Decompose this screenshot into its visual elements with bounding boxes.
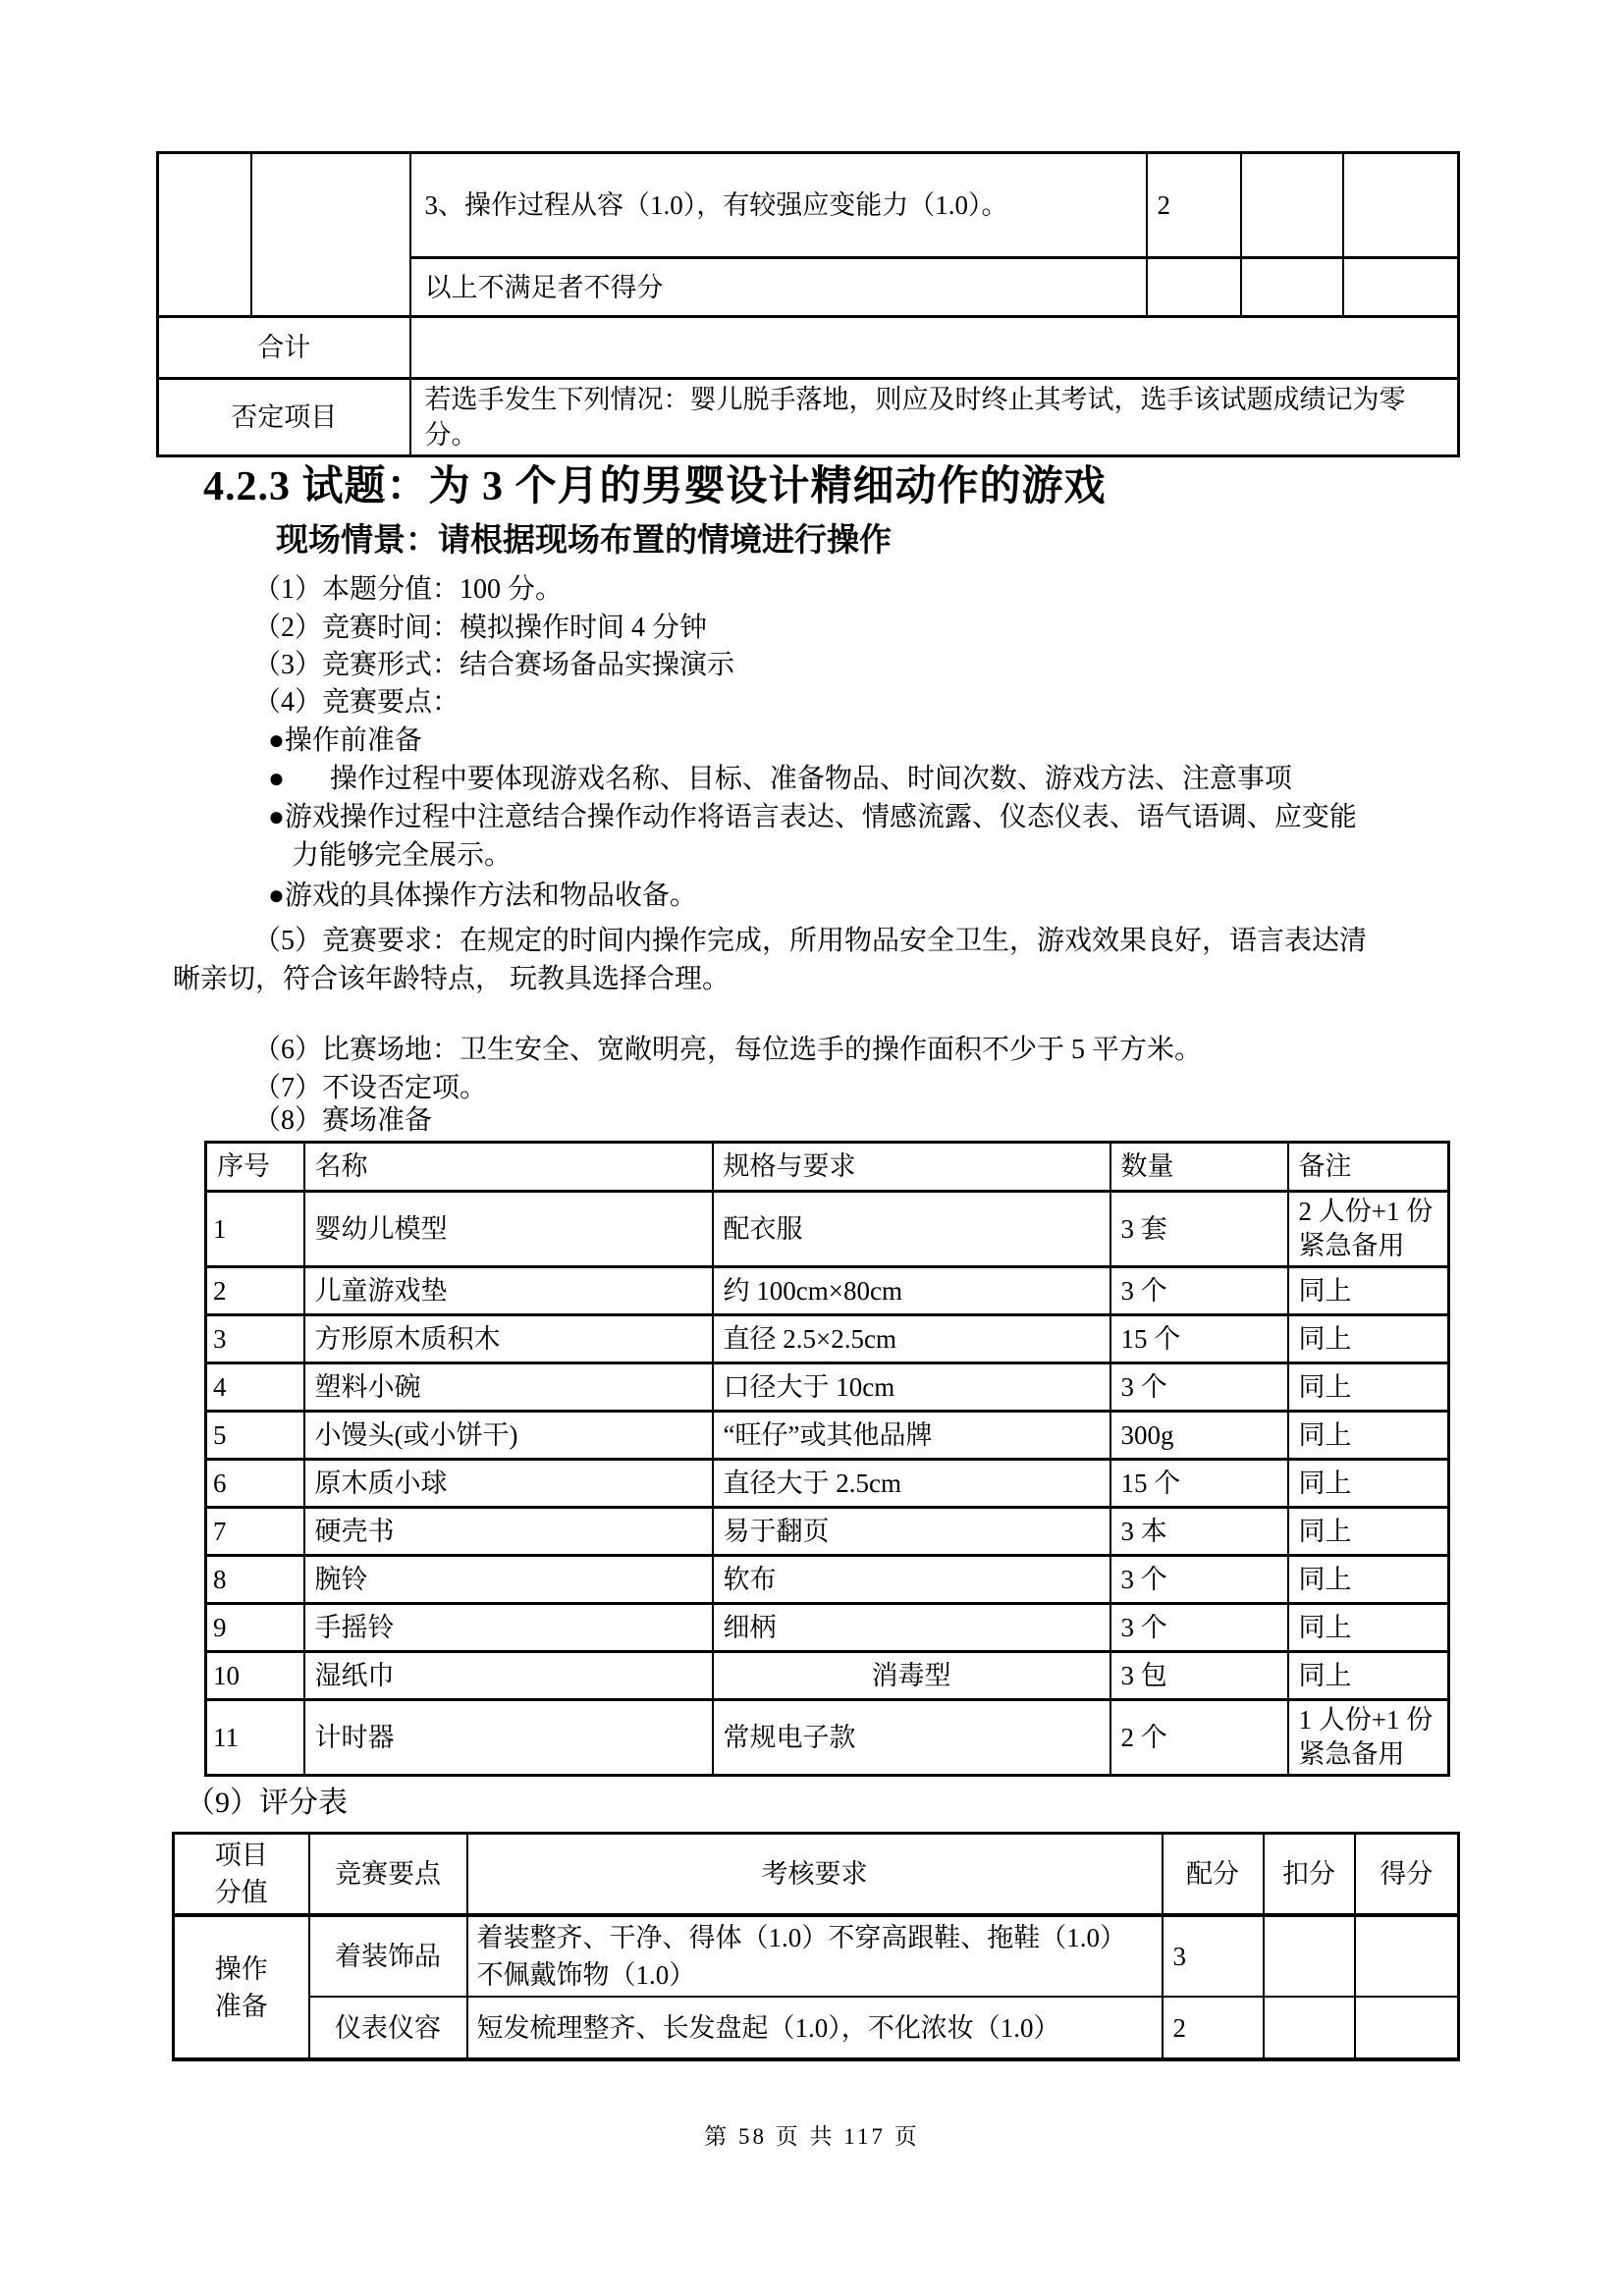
equipment-row: 4 塑料小碗 口径大于 10cm 3 个 同上 bbox=[206, 1363, 1449, 1412]
score-value-cell: 3 bbox=[1163, 1915, 1264, 1997]
col-header-group-label: 项目分值 bbox=[212, 1837, 271, 1911]
cell-spec: 细柄 bbox=[713, 1604, 1110, 1652]
point-cell: 着装饰品 bbox=[309, 1915, 467, 1997]
cell-no: 10 bbox=[206, 1652, 304, 1700]
equipment-row: 3 方形原木质积木 直径 2.5×2.5cm 15 个 同上 bbox=[206, 1315, 1449, 1363]
cell-spec: 常规电子款 bbox=[713, 1700, 1110, 1776]
equipment-row: 11 计时器 常规电子款 2 个 1 人份+1 份紧急备用 bbox=[206, 1700, 1449, 1776]
cell-spec: “旺仔”或其他品牌 bbox=[713, 1412, 1110, 1460]
col-header-requirement: 考核要求 bbox=[467, 1834, 1163, 1916]
deduct-cell bbox=[1264, 1997, 1355, 2059]
scoring-table: 项目分值 竞赛要点 考核要求 配分 扣分 得分 操作准备 着装饰品 着装整齐、干… bbox=[172, 1832, 1460, 2061]
cell-note: 同上 bbox=[1288, 1315, 1449, 1363]
cell-qty: 3 个 bbox=[1110, 1604, 1288, 1652]
cell-qty: 300g bbox=[1110, 1412, 1288, 1460]
cell-name: 儿童游戏垫 bbox=[304, 1267, 713, 1315]
cell-name: 塑料小碗 bbox=[304, 1363, 713, 1412]
equipment-row: 1 婴幼儿模型 配衣服 3 套 2 人份+1 份紧急备用 bbox=[206, 1192, 1449, 1267]
group-cell: 操作准备 bbox=[174, 1915, 309, 2059]
cell-note: 同上 bbox=[1288, 1363, 1449, 1412]
gain-cell bbox=[1343, 153, 1459, 258]
cell-name: 腕铃 bbox=[304, 1556, 713, 1604]
cell-spec: 消毒型 bbox=[713, 1652, 1110, 1700]
cell-name: 计时器 bbox=[304, 1700, 713, 1776]
cell-spec: 约 100cm×80cm bbox=[713, 1267, 1110, 1315]
bullet-text: 游戏的具体操作方法和物品收备。 bbox=[285, 881, 697, 911]
scoring-header-row: 项目分值 竞赛要点 考核要求 配分 扣分 得分 bbox=[174, 1834, 1459, 1916]
bullet-text: 游戏操作过程中注意结合操作动作将语言表达、情感流露、仪态仪表、语气语调、应变能 bbox=[285, 802, 1357, 832]
document-page: 3、操作过程从容（1.0），有较强应变能力（1.0）。 2 以上不满足者不得分 … bbox=[0, 0, 1624, 2296]
cell-no: 11 bbox=[206, 1700, 304, 1776]
scoring-row: 操作准备 着装饰品 着装整齐、干净、得体（1.0）不穿高跟鞋、拖鞋（1.0）不佩… bbox=[174, 1915, 1459, 1997]
equipment-row: 2 儿童游戏垫 约 100cm×80cm 3 个 同上 bbox=[206, 1267, 1449, 1315]
item-8: （8）赛场准备 bbox=[253, 1103, 432, 1139]
total-label: 合计 bbox=[158, 317, 410, 379]
cell-qty: 2 个 bbox=[1110, 1700, 1288, 1776]
bullet-icon: ● bbox=[268, 723, 285, 759]
veto-text-cell: 若选手发生下列情况：婴儿脱手落地，则应及时终止其考试，选手该试题成绩记为零分。 bbox=[410, 379, 1459, 456]
cell-name: 手摇铃 bbox=[304, 1604, 713, 1652]
gain-cell bbox=[1355, 1915, 1459, 1997]
page-number-footer: 第 58 页 共 117 页 bbox=[0, 2118, 1624, 2151]
col-header-qty: 数量 bbox=[1110, 1143, 1288, 1192]
score-table-continuation: 3、操作过程从容（1.0），有较强应变能力（1.0）。 2 以上不满足者不得分 … bbox=[156, 151, 1460, 457]
col-header-point: 竞赛要点 bbox=[309, 1834, 467, 1916]
equipment-row: 9 手摇铃 细柄 3 个 同上 bbox=[206, 1604, 1449, 1652]
col-header-no: 序号 bbox=[206, 1143, 304, 1192]
cell-spec: 软布 bbox=[713, 1556, 1110, 1604]
scene-subheading: 现场情景：请根据现场布置的情境进行操作 bbox=[276, 521, 892, 561]
total-value-cell bbox=[410, 317, 1459, 379]
col-header-gain: 得分 bbox=[1355, 1834, 1459, 1916]
col-header-name: 名称 bbox=[304, 1143, 713, 1192]
col-header-group: 项目分值 bbox=[174, 1834, 309, 1916]
cell-qty: 3 个 bbox=[1110, 1363, 1288, 1412]
requirement-cell: 3、操作过程从容（1.0），有较强应变能力（1.0）。 bbox=[410, 153, 1147, 258]
cell-name: 原木质小球 bbox=[304, 1460, 713, 1508]
score-value-cell bbox=[1147, 258, 1241, 317]
cell-no: 6 bbox=[206, 1460, 304, 1508]
equipment-row: 7 硬壳书 易于翻页 3 本 同上 bbox=[206, 1508, 1449, 1556]
cell-spec: 口径大于 10cm bbox=[713, 1363, 1110, 1412]
bullet-item-4: ●游戏的具体操作方法和物品收备。 bbox=[268, 879, 697, 914]
gain-cell bbox=[1343, 258, 1459, 317]
bullet-text: 操作前准备 bbox=[285, 725, 422, 756]
cell-note: 同上 bbox=[1288, 1508, 1449, 1556]
score-value-cell: 2 bbox=[1147, 153, 1241, 258]
scoring-heading: （9）评分表 bbox=[186, 1785, 348, 1822]
deduct-cell bbox=[1241, 258, 1343, 317]
item-6: （6）比赛场地：卫生安全、宽敞明亮，每位选手的操作面积不少于 5 平方米。 bbox=[253, 1033, 1202, 1068]
equipment-row: 6 原木质小球 直径大于 2.5cm 15 个 同上 bbox=[206, 1460, 1449, 1508]
requirement-cell: 以上不满足者不得分 bbox=[410, 258, 1147, 317]
item-1: （1）本题分值：100 分。 bbox=[253, 572, 563, 608]
cell-qty: 3 个 bbox=[1110, 1556, 1288, 1604]
item-5-cont: 晰亲切，符合该年龄特点， 玩教具选择合理。 bbox=[173, 962, 730, 997]
cell-note: 同上 bbox=[1288, 1460, 1449, 1508]
cell-note: 同上 bbox=[1288, 1267, 1449, 1315]
cell-qty: 3 包 bbox=[1110, 1652, 1288, 1700]
cell-note: 同上 bbox=[1288, 1556, 1449, 1604]
cell-name: 硬壳书 bbox=[304, 1508, 713, 1556]
item-3: （3）竞赛形式：结合赛场备品实操演示 bbox=[253, 648, 734, 683]
cell-no: 9 bbox=[206, 1604, 304, 1652]
requirement-cell: 短发梳理整齐、长发盘起（1.0），不化浓妆（1.0） bbox=[467, 1997, 1163, 2059]
bullet-item-3-cont: 力能够完全展示。 bbox=[292, 838, 512, 874]
cell-spec: 直径 2.5×2.5cm bbox=[713, 1315, 1110, 1363]
cell-qty: 15 个 bbox=[1110, 1315, 1288, 1363]
cell-name: 方形原木质积木 bbox=[304, 1315, 713, 1363]
cell-no: 7 bbox=[206, 1508, 304, 1556]
point-cell: 仪表仪容 bbox=[309, 1997, 467, 2059]
cell-note: 2 人份+1 份紧急备用 bbox=[1288, 1192, 1449, 1267]
col-header-deduct: 扣分 bbox=[1264, 1834, 1355, 1916]
cell-name: 小馒头(或小饼干) bbox=[304, 1412, 713, 1460]
bullet-item-2: ●操作过程中要体现游戏名称、目标、准备物品、时间次数、游戏方法、注意事项 bbox=[268, 762, 1292, 797]
cell-no: 3 bbox=[206, 1315, 304, 1363]
cell-note: 同上 bbox=[1288, 1604, 1449, 1652]
section-heading: 4.2.3 试题：为 3 个月的男婴设计精细动作的游戏 bbox=[203, 461, 1107, 512]
table-row: 3、操作过程从容（1.0），有较强应变能力（1.0）。 2 bbox=[158, 153, 1459, 258]
cell-spec: 直径大于 2.5cm bbox=[713, 1460, 1110, 1508]
equipment-row: 8 腕铃 软布 3 个 同上 bbox=[206, 1556, 1449, 1604]
bullet-item-1: ●操作前准备 bbox=[268, 723, 422, 759]
equipment-table: 序号 名称 规格与要求 数量 备注 1 婴幼儿模型 配衣服 3 套 2 人份+1… bbox=[204, 1141, 1450, 1777]
bullet-icon: ● bbox=[268, 800, 285, 835]
equipment-header-row: 序号 名称 规格与要求 数量 备注 bbox=[206, 1143, 1449, 1192]
bullet-item-3: ●游戏操作过程中注意结合操作动作将语言表达、情感流露、仪态仪表、语气语调、应变能 bbox=[268, 800, 1357, 835]
cell-spec: 配衣服 bbox=[713, 1192, 1110, 1267]
cell-no: 4 bbox=[206, 1363, 304, 1412]
cell-spec: 易于翻页 bbox=[713, 1508, 1110, 1556]
cell-no: 2 bbox=[206, 1267, 304, 1315]
cell-note: 同上 bbox=[1288, 1652, 1449, 1700]
bullet-text: 操作过程中要体现游戏名称、目标、准备物品、时间次数、游戏方法、注意事项 bbox=[330, 762, 1292, 797]
col-header-note: 备注 bbox=[1288, 1143, 1449, 1192]
bullet-icon: ● bbox=[268, 879, 285, 914]
cell-no: 1 bbox=[206, 1192, 304, 1267]
cell-name: 湿纸巾 bbox=[304, 1652, 713, 1700]
empty-point-cell bbox=[251, 153, 410, 317]
cell-qty: 3 个 bbox=[1110, 1267, 1288, 1315]
requirement-cell: 着装整齐、干净、得体（1.0）不穿高跟鞋、拖鞋（1.0）不佩戴饰物（1.0） bbox=[467, 1915, 1163, 1997]
cell-name: 婴幼儿模型 bbox=[304, 1192, 713, 1267]
gain-cell bbox=[1355, 1997, 1459, 2059]
score-value-cell: 2 bbox=[1163, 1997, 1264, 2059]
cell-note: 同上 bbox=[1288, 1412, 1449, 1460]
cell-no: 8 bbox=[206, 1556, 304, 1604]
col-header-spec: 规格与要求 bbox=[713, 1143, 1110, 1192]
deduct-cell bbox=[1264, 1915, 1355, 1997]
cell-note: 1 人份+1 份紧急备用 bbox=[1288, 1700, 1449, 1776]
deduct-cell bbox=[1241, 153, 1343, 258]
equipment-row: 10 湿纸巾 消毒型 3 包 同上 bbox=[206, 1652, 1449, 1700]
veto-label: 否定项目 bbox=[158, 379, 410, 456]
item-4: （4）竞赛要点： bbox=[253, 685, 460, 721]
equipment-row: 5 小馒头(或小饼干) “旺仔”或其他品牌 300g 同上 bbox=[206, 1412, 1449, 1460]
cell-qty: 3 本 bbox=[1110, 1508, 1288, 1556]
empty-group-cell bbox=[158, 153, 251, 317]
item-7: （7）不设否定项。 bbox=[253, 1071, 487, 1106]
item-5: （5）竞赛要求：在规定的时间内操作完成，所用物品安全卫生，游戏效果良好，语言表达… bbox=[253, 924, 1367, 959]
scoring-row: 仪表仪容 短发梳理整齐、长发盘起（1.0），不化浓妆（1.0） 2 bbox=[174, 1997, 1459, 2059]
item-2: （2）竞赛时间：模拟操作时间 4 分钟 bbox=[253, 611, 707, 646]
col-header-score: 配分 bbox=[1163, 1834, 1264, 1916]
total-row: 合计 bbox=[158, 317, 1459, 379]
cell-qty: 3 套 bbox=[1110, 1192, 1288, 1267]
cell-qty: 15 个 bbox=[1110, 1460, 1288, 1508]
veto-row: 否定项目 若选手发生下列情况：婴儿脱手落地，则应及时终止其考试，选手该试题成绩记… bbox=[158, 379, 1459, 456]
group-label: 操作准备 bbox=[212, 1950, 271, 2025]
bullet-icon: ● bbox=[268, 762, 285, 797]
cell-no: 5 bbox=[206, 1412, 304, 1460]
